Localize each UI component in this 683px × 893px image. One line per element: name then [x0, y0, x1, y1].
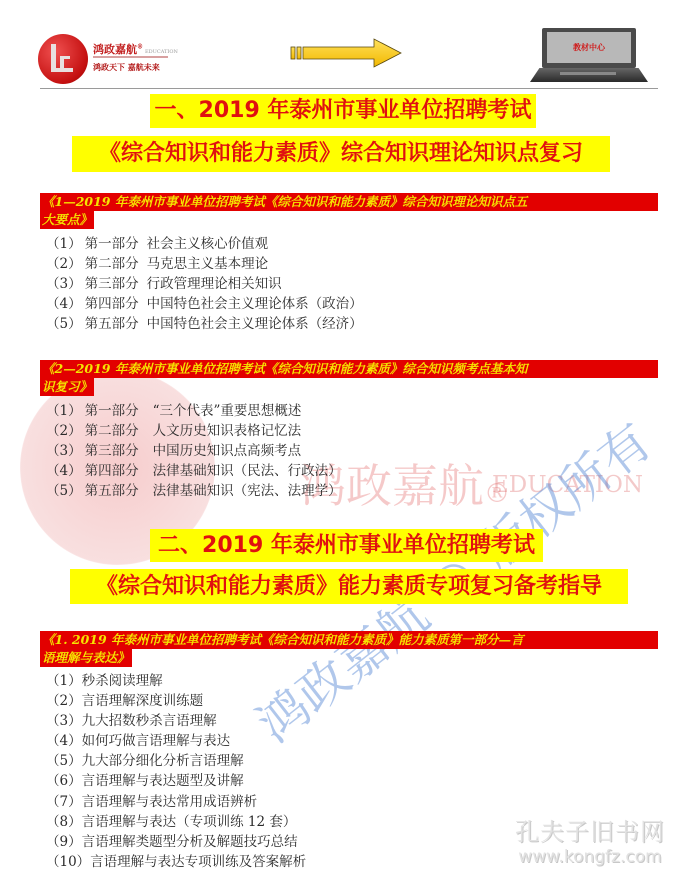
list-item: （4）第四部分中国特色社会主义理论体系（政治） [46, 294, 363, 314]
list-item: （3）九大招数秒杀言语理解 [46, 711, 306, 731]
list-item: （1）第一部分社会主义核心价值观 [46, 234, 363, 254]
section-list: （1）第一部分社会主义核心价值观 （2）第二部分马克思主义基本理论 （3）第三部… [46, 234, 363, 334]
laptop-screen-text: 教材中心 [547, 32, 631, 63]
section-heading: 《1. 2019 年泰州市事业单位招聘考试《综合知识和能力素质》能力素质第一部分… [40, 631, 658, 667]
part2-title-line2: 《综合知识和能力素质》能力素质专项复习备考指导 [70, 569, 628, 604]
list-item: （5）第五部分中国特色社会主义理论体系（经济） [46, 314, 363, 334]
part1-title-line1: 一、2019 年泰州市事业单位招聘考试 [150, 94, 536, 128]
list-item: （4）如何巧做言语理解与表达 [46, 731, 306, 751]
section-list: （1）第一部分“三个代表”重要思想概述 （2）第二部分人文历史知识表格记忆法 （… [46, 401, 342, 501]
logo-name: 鸿政嘉航®EDUCATION [93, 41, 178, 57]
logo-slogan: 鸿政天下 嘉航未来 [93, 62, 160, 73]
list-item: （4）第四部分法律基础知识（民法、行政法） [46, 461, 342, 481]
arrow-right-icon [290, 38, 402, 68]
section-heading: 《1—2019 年泰州市事业单位招聘考试《综合知识和能力素质》综合知识理论知识点… [40, 193, 658, 229]
list-item: （3）第三部分行政管理理论相关知识 [46, 274, 363, 294]
list-item: （3）第三部分中国历史知识点高频考点 [46, 441, 342, 461]
list-item: （5）九大部分细化分析言语理解 [46, 751, 306, 771]
list-item: （7）言语理解与表达常用成语辨析 [46, 792, 306, 812]
list-item: （1）第一部分“三个代表”重要思想概述 [46, 401, 342, 421]
list-item: （2）第二部分马克思主义基本理论 [46, 254, 363, 274]
section-list: （1）秒杀阅读理解 （2）言语理解深度训练题 （3）九大招数秒杀言语理解 （4）… [46, 671, 306, 872]
list-item: （2）言语理解深度训练题 [46, 691, 306, 711]
laptop-icon: 教材中心 [530, 28, 650, 84]
list-item: （9）言语理解类题型分析及解题技巧总结 [46, 832, 306, 852]
list-item: （8）言语理解与表达（专项训练 12 套） [46, 812, 306, 832]
list-item: （1）秒杀阅读理解 [46, 671, 306, 691]
watermark-kongfz: 孔夫子旧书网 www.kongfz.com [515, 812, 665, 867]
watermark-kongfz-name: 孔夫子旧书网 [515, 812, 665, 847]
watermark-kongfz-url: www.kongfz.com [515, 847, 665, 867]
brand-logo: 鸿政嘉航®EDUCATION 鸿政天下 嘉航未来 [38, 32, 178, 84]
list-item: （2）第二部分人文历史知识表格记忆法 [46, 421, 342, 441]
list-item: （6）言语理解与表达题型及讲解 [46, 771, 306, 791]
logo-icon [38, 34, 88, 84]
section-heading: 《2—2019 年泰州市事业单位招聘考试《综合知识和能力素质》综合知识频考点基本… [40, 360, 658, 396]
list-item: （10）言语理解与表达专项训练及答案解析 [46, 852, 306, 872]
part2-title-line1: 二、2019 年泰州市事业单位招聘考试 [150, 529, 543, 562]
list-item: （5）第五部分法律基础知识（宪法、法理学） [46, 481, 342, 501]
header-divider [40, 88, 658, 89]
part1-title-line2: 《综合知识和能力素质》综合知识理论知识点复习 [72, 136, 610, 172]
